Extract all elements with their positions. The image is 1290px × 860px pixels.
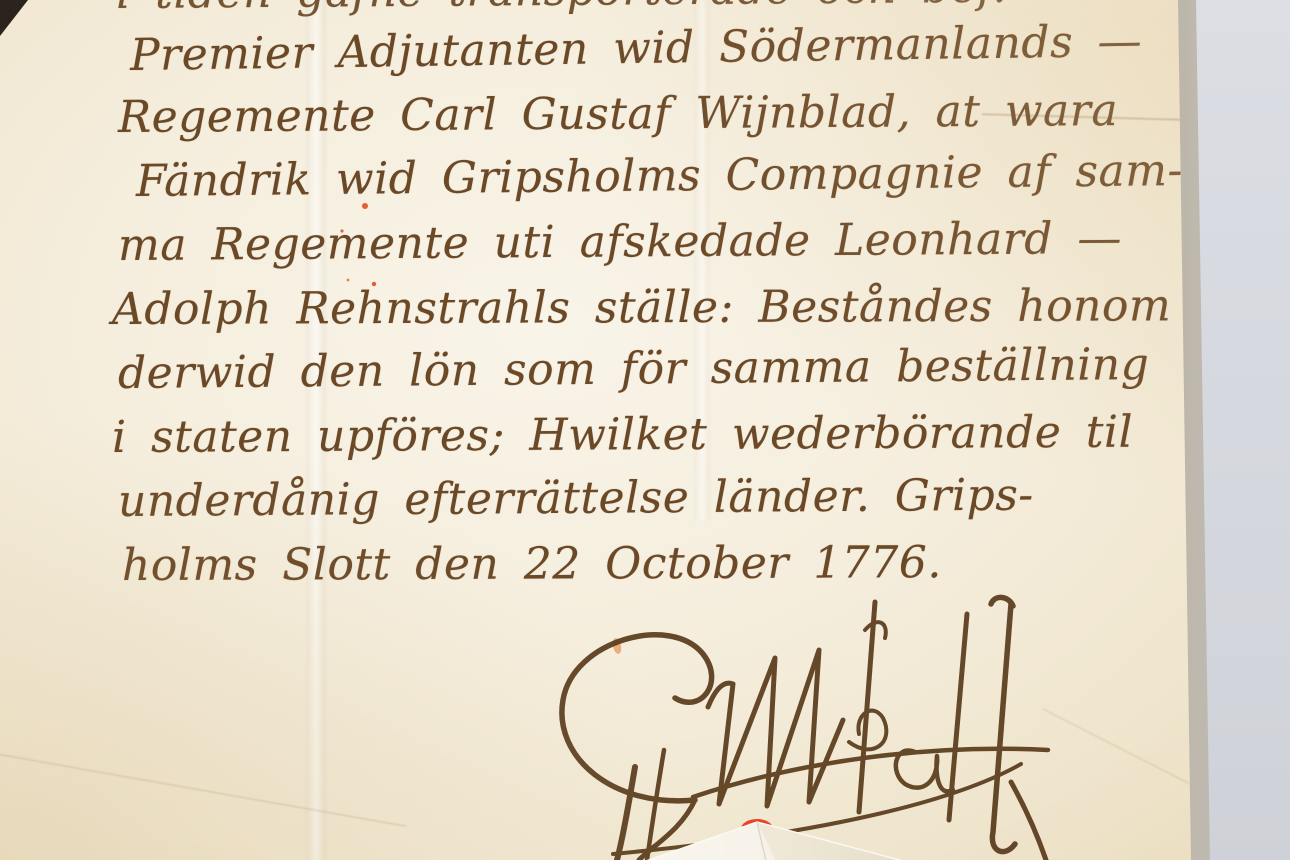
handwritten-line: Fändrik wid Gripsholms Compagnie af sam- (136, 145, 1183, 207)
handwritten-line-dateline: holms Slott den 22 October 1776. (122, 537, 942, 591)
handwritten-line: Premier Adjutanten wid Södermanlands — (130, 16, 1143, 81)
handwritten-line: underdånig efterrättelse länder. Grips- (118, 470, 1034, 527)
wax-seal (741, 819, 773, 839)
handwritten-line: i staten upföres; Hwilket wederbörande t… (112, 407, 1133, 463)
handwritten-line: Adolph Rehnstrahls ställe: Beståndes hon… (112, 280, 1171, 335)
photo-stage: i tiden gafne transporterade och bef. Pr… (0, 0, 1290, 860)
handwritten-line: ma Regemente uti afskedade Leonhard — (118, 213, 1122, 271)
handwritten-line: derwid den lön som för samma beställning (118, 339, 1150, 399)
paper-fold-flap (646, 822, 903, 860)
royal-signature (562, 597, 1048, 860)
handwritten-line-top-cut: i tiden gafne transporterade och bef. (116, 0, 1007, 19)
handwritten-line: Regemente Carl Gustaf Wijnblad, at wara (118, 85, 1118, 143)
fold-crease-diagonal-left (0, 751, 407, 828)
letter-paper: i tiden gafne transporterade och bef. Pr… (0, 0, 1290, 860)
